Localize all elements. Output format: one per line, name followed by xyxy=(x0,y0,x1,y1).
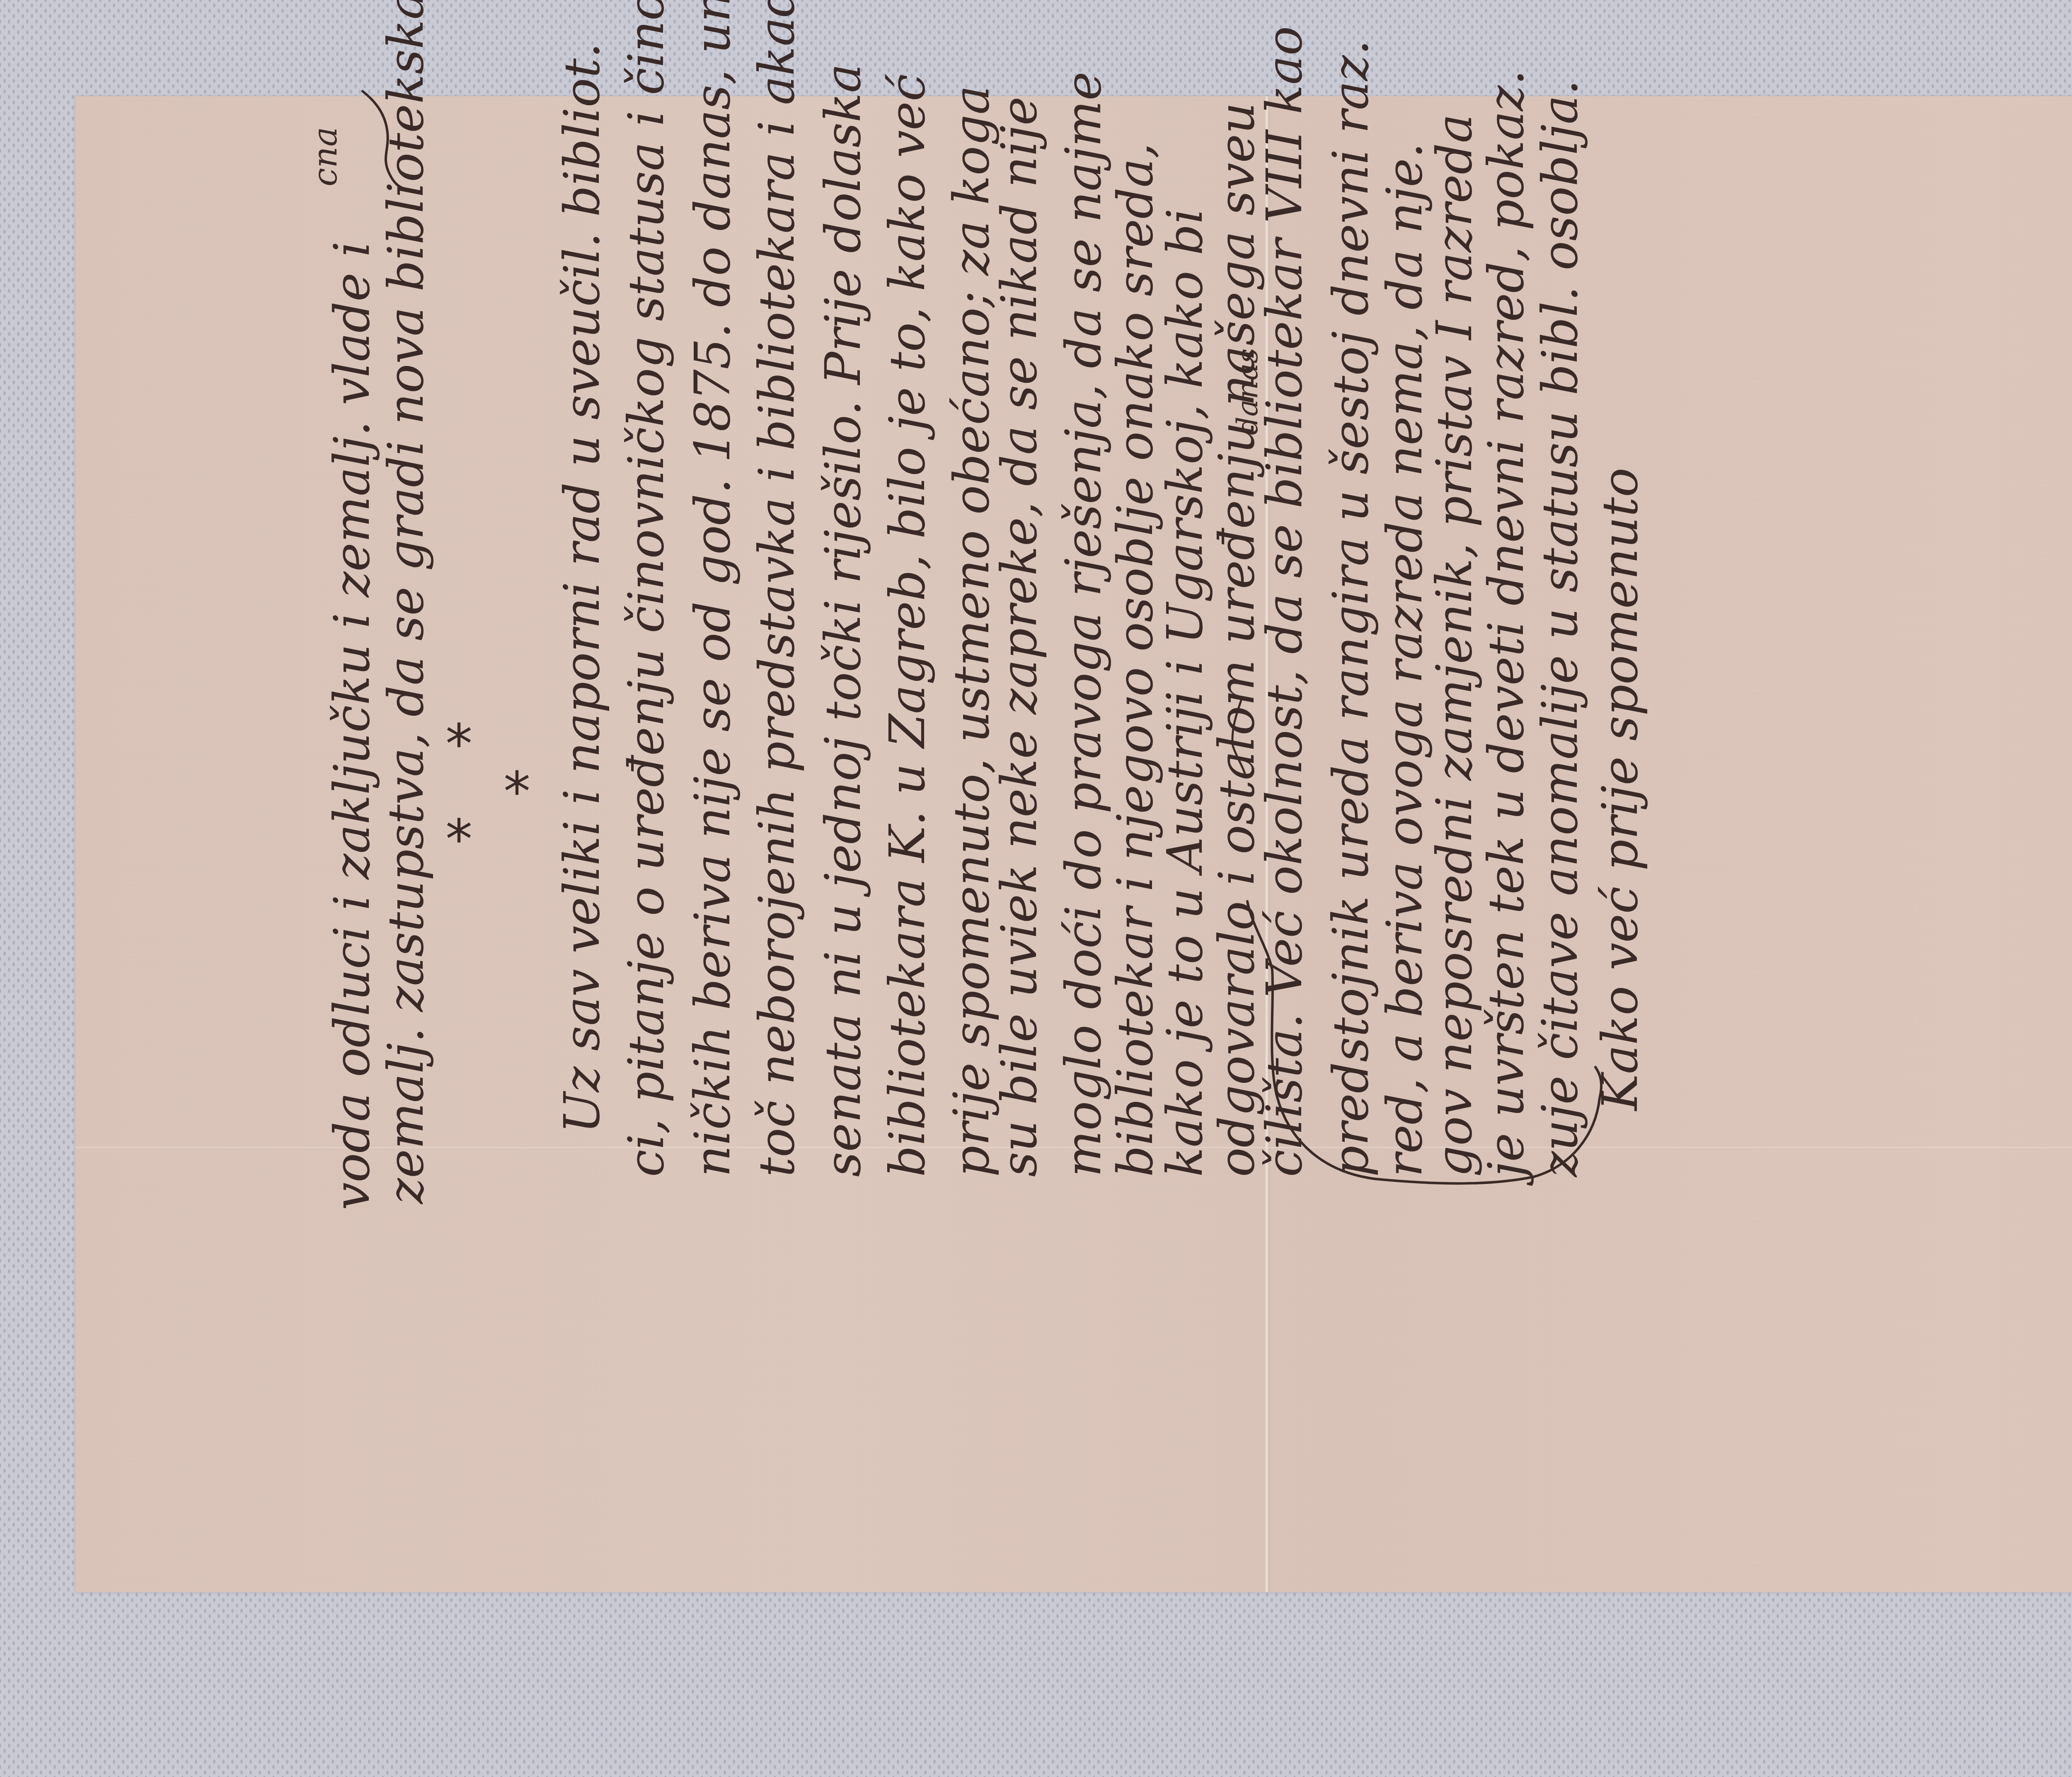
main-line-10: bibliotekar i njegovo osoblje onako sred… xyxy=(1111,143,1159,1177)
insertion-cna: cna xyxy=(309,127,342,186)
main-line-6: bibliotekara K. u Zagreb, bilo je to, ka… xyxy=(883,74,932,1177)
top-line-1: voda odluci i zaključku i zemalj. vlade … xyxy=(327,241,376,1210)
separator-star-3: * xyxy=(503,765,530,818)
main-line-9: moglo doći do pravoga rješenja, da se na… xyxy=(1059,72,1108,1177)
main-line-19: Kako već prije spomenuto xyxy=(1595,467,1644,1111)
main-line-5: senata ni u jednoj točki riješilo. Prije… xyxy=(818,64,867,1177)
main-line-8: su bile uviek neke zapreke, da se nikad … xyxy=(995,97,1043,1177)
separator-star-2: * xyxy=(445,812,472,866)
insertion-danas: danas xyxy=(1233,349,1262,435)
top-line-2: zemalj. zastupstva, da se gradi nova bib… xyxy=(381,0,430,1204)
main-line-15: red, a beriva ovoga razreda nema, da nje… xyxy=(1380,143,1429,1177)
main-line-14: predstojnik ureda rangira u šestoj dnevn… xyxy=(1326,40,1375,1177)
main-line-16: gov neposredni zamjenik, pristav I razre… xyxy=(1430,114,1479,1177)
main-line-13: čilišta. Već okolnost, da se bibliotekar… xyxy=(1260,26,1309,1177)
main-line-1: Uz sav veliki i naporni rad u sveučil. b… xyxy=(557,43,606,1133)
main-line-12: odgovaralo i ostalom uređenju našega sve… xyxy=(1212,102,1261,1177)
separator-star-1: * xyxy=(445,717,472,771)
main-line-4: toč neborojenih predstavka i bibliotekar… xyxy=(752,0,801,1177)
main-line-17: je uvršten tek u deveti dnevni razred, p… xyxy=(1481,70,1530,1177)
main-line-2: ci, pitanje o uređenju činovničkog statu… xyxy=(622,0,670,1177)
main-line-11: kako je to u Austriji i Ugarskoj, kako b… xyxy=(1160,208,1209,1177)
main-line-3: ničkih beriva nije se od god. 1875. do d… xyxy=(688,0,737,1177)
main-line-18: zuje čitave anomalije u statusu bibl. os… xyxy=(1535,80,1584,1177)
main-line-7: prije spomenuto, ustmeno obećano; za kog… xyxy=(947,85,996,1177)
